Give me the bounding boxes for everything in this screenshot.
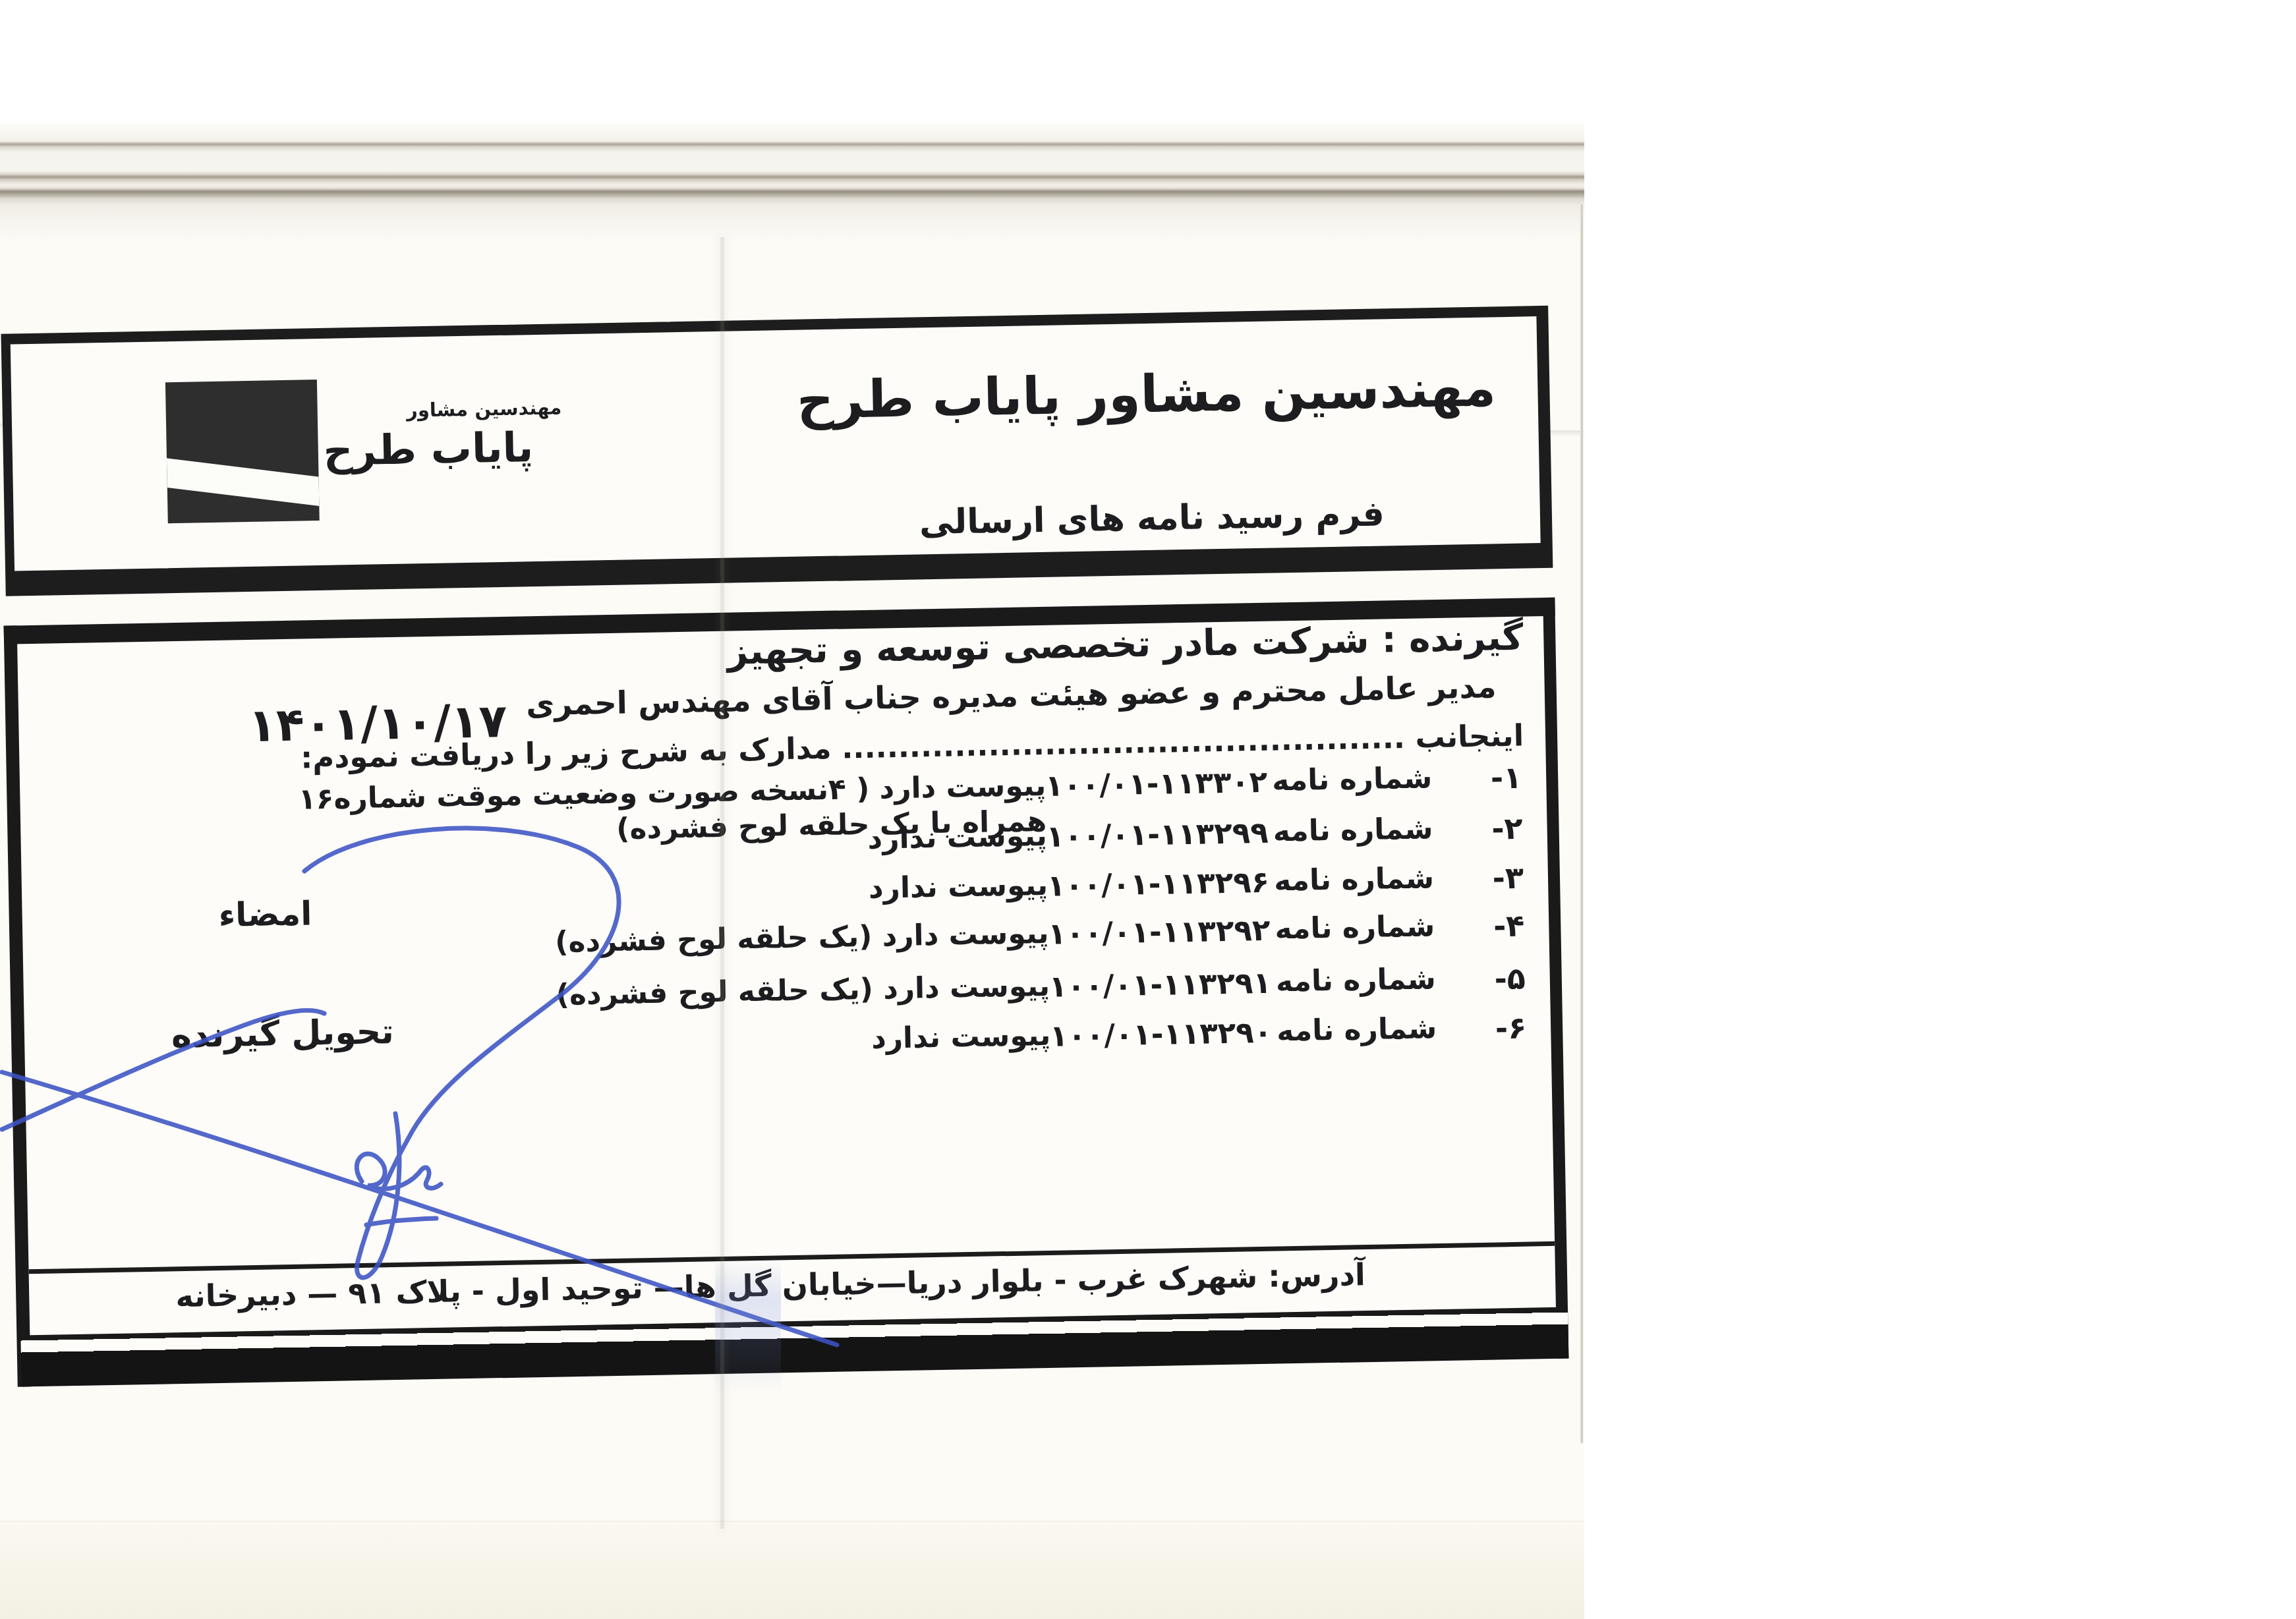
logo-main-text: پایاب طرح <box>322 423 534 475</box>
paper-bottom-edge <box>0 1521 1584 1619</box>
company-logo <box>165 380 320 523</box>
row-index: ۲- <box>1491 810 1523 847</box>
scanner-background-molding <box>0 124 1584 241</box>
row-label: شماره نامه <box>1275 909 1435 946</box>
letter-number: ۱۰۰/۰۱-۱۱۳۲۹۲ <box>1048 913 1271 952</box>
logo-small-text: مهندسین مشاور <box>375 395 593 422</box>
row-label: شماره نامه <box>1274 861 1435 897</box>
logo-diagonal-stripe-icon <box>165 458 320 507</box>
intro-prefix: اینجانب <box>1415 718 1524 755</box>
receiver-label: تحویل گیرنده <box>171 1012 395 1056</box>
letter-number: ۱۰۰/۰۱-۱۱۳۲۹۰ <box>1050 1015 1273 1054</box>
letter-number: ۱۰۰/۰۱-۱۱۳۲۹۶ <box>1047 865 1269 903</box>
letter-number: ۱۰۰/۰۱-۱۱۳۳۰۲ <box>1045 764 1268 803</box>
paper-right-edge <box>1580 204 1584 1443</box>
attachment-note: پیوست ندارد <box>871 1019 1051 1056</box>
signature-label: امضاء <box>218 894 312 934</box>
row-label: شماره نامه <box>1275 962 1436 998</box>
attachment-note: پیوست ندارد <box>868 868 1048 905</box>
row-index: ۴- <box>1493 908 1525 944</box>
attachment-note: پیوست ندارد <box>867 819 1047 856</box>
row-label: شماره نامه <box>1273 812 1433 848</box>
row-index: ۶- <box>1495 1010 1527 1046</box>
row-label: شماره نامه <box>1277 1011 1437 1048</box>
row-index: ۱- <box>1491 760 1522 796</box>
row-index: ۵- <box>1494 961 1526 997</box>
row-index: ۳- <box>1492 860 1524 896</box>
letter-number: ۱۰۰/۰۱-۱۱۳۲۹۱ <box>1048 965 1271 1004</box>
scanned-receipt-page: مهندسین مشاور پایاب طرح مهندسین مشاور پا… <box>0 0 2296 1619</box>
row-label: شماره نامه <box>1272 761 1433 797</box>
letter-number: ۱۰۰/۰۱-۱۱۳۲۹۹ <box>1046 815 1269 854</box>
document-sheet: مهندسین مشاور پایاب طرح مهندسین مشاور پا… <box>0 285 1583 1411</box>
